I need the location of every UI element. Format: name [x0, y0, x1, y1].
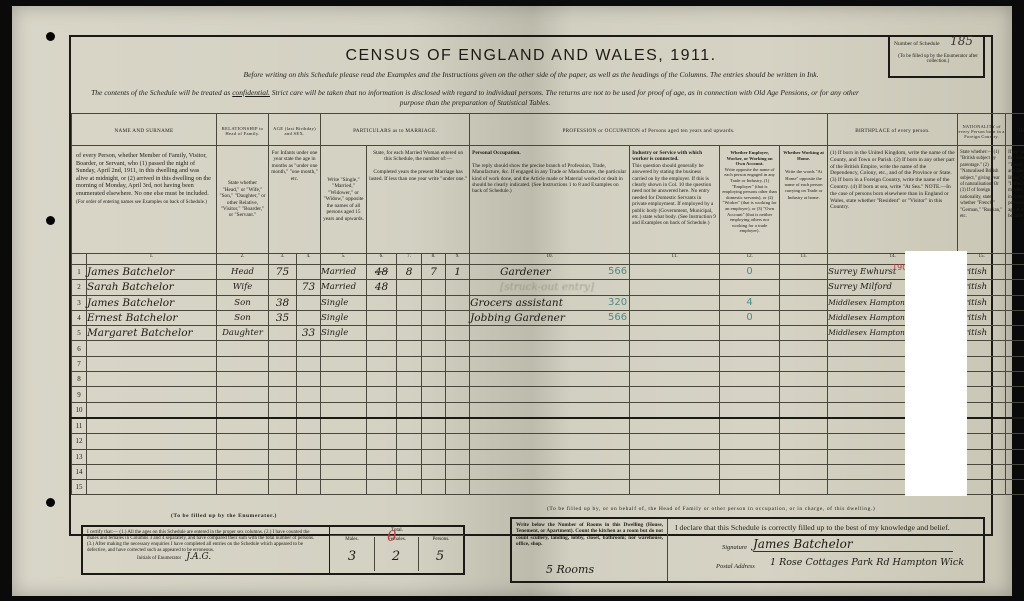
empty-row: 9 [72, 387, 1024, 402]
children-died: 1 [446, 265, 470, 280]
personal-occupation-instructions: Personal Occupation.The reply should sho… [470, 146, 630, 254]
schedule-number-value: 185 [950, 34, 973, 48]
enumerator-caption: (To be filled up by the Enumerator.) [171, 513, 277, 519]
instruction-ink: Before writing on this Schedule please r… [71, 70, 991, 79]
industry [630, 295, 720, 310]
punch-hole-mid [46, 32, 55, 41]
relationship: Son [217, 295, 269, 310]
census-schedule: CENSUS OF ENGLAND AND WALES, 1911. Befor… [69, 35, 993, 536]
age-female: 33 [297, 326, 321, 341]
age-male [269, 280, 297, 295]
header-name: NAME AND SURNAME [72, 114, 217, 146]
col-num-10: 10. [470, 254, 630, 265]
redacted-infirmity-area [905, 251, 967, 496]
relationship: Wife [217, 280, 269, 295]
table-row: 2 Sarah Batchelor Wife 73 Married 48 [st… [72, 280, 1024, 295]
address-label: Postal Address [716, 563, 755, 570]
instruction-confidential: The contents of the Schedule will be tre… [79, 88, 871, 108]
header-infirmity: INFIRMITY. [1006, 114, 1024, 146]
years-married [367, 295, 397, 310]
col-num-2: 2. [217, 254, 269, 265]
declaration-box: I declare that this Schedule is correctl… [665, 517, 985, 583]
header-profession: PROFESSION or OCCUPATION of Persons aged… [470, 114, 828, 146]
header-birthplace: BIRTHPLACE of every person. [828, 114, 958, 146]
infirmity [1006, 326, 1024, 341]
condition-instructions: Write "Single," "Married," "Widower," or… [321, 146, 367, 254]
table-row: 1 James Batchelor Head 75 Married 48 8 7… [72, 265, 1024, 280]
header-relationship: RELATIONSHIP to Head of Family. [217, 114, 269, 146]
person-name: Sarah Batchelor [87, 280, 217, 295]
red-check-mark: 0 [387, 527, 397, 545]
punch-hole-bottom [46, 498, 55, 507]
children-total [397, 280, 422, 295]
industry [630, 265, 720, 280]
age-female: 73 [297, 280, 321, 295]
marital-condition: Single [321, 310, 367, 325]
children-died [446, 326, 470, 341]
empty-row: 13 [72, 449, 1024, 464]
working-at-home [780, 295, 828, 310]
col-num-11: 11. [630, 254, 720, 265]
person-name: Margaret Batchelor [87, 326, 217, 341]
householder-section: (To be filled up by, or on behalf of, th… [507, 503, 987, 581]
children-living [422, 310, 446, 325]
age-male: 38 [269, 295, 297, 310]
rooms-value: 5 Rooms [546, 563, 594, 576]
children-total: 8 [397, 265, 422, 280]
occupation [470, 326, 630, 341]
industry [630, 310, 720, 325]
schedule-number-box: Number of Schedule 185 (To be filled up … [888, 35, 985, 78]
page-title: CENSUS OF ENGLAND AND WALES, 1911. [71, 47, 991, 65]
marital-condition: Single [321, 295, 367, 310]
age-male: 35 [269, 310, 297, 325]
at-home-instructions: Whether Working at Home.Write the words … [780, 146, 828, 254]
age-male: 75 [269, 265, 297, 280]
col-num-8: 8. [422, 254, 446, 265]
married-woman-instructions: State, for each Married Woman entered on… [367, 146, 470, 254]
infirmity [1006, 280, 1024, 295]
relationship: Daughter [217, 326, 269, 341]
industry [630, 326, 720, 341]
children-living: 7 [422, 265, 446, 280]
rooms-box: Write below the Number of Rooms in this … [510, 517, 668, 583]
col-num-6: 6. [367, 254, 397, 265]
children-living [422, 326, 446, 341]
signature-label: Signature [722, 544, 747, 551]
industry-instructions: Industry or Service with which worker is… [630, 146, 720, 254]
age-female [297, 265, 321, 280]
householder-caption: (To be filled up by, or on behalf of, th… [547, 506, 875, 512]
table-row: 3 James Batchelor Son 38 Single Grocers … [72, 295, 1024, 310]
children-total [397, 310, 422, 325]
age-male [269, 326, 297, 341]
employer-instructions: Whether Employer, Worker, or Working on … [720, 146, 780, 254]
employer-code: 4 [720, 295, 780, 310]
employer-code [720, 326, 780, 341]
children-total [397, 295, 422, 310]
declaration-text: I declare that this Schedule is correctl… [675, 523, 950, 532]
enumerator-certificate: I certify that:— (1.) All the ages on th… [81, 525, 465, 575]
schedule-number-label: Number of Schedule [894, 41, 940, 47]
header-marriage: PARTICULARS as to MARRIAGE. [321, 114, 470, 146]
total-males: 3 [330, 549, 374, 564]
col-num-12: 12. [720, 254, 780, 265]
total-females: 2 [374, 549, 418, 564]
table-row: 5 Margaret Batchelor Daughter 33 Single … [72, 326, 1024, 341]
marital-condition: Married [321, 265, 367, 280]
employer-code [720, 280, 780, 295]
address-value: 1 Rose Cottages Park Rd Hampton Wick [770, 557, 964, 568]
empty-row: 12 [72, 434, 1024, 449]
nationality-instructions: State whether:— (1) "British subject by … [958, 146, 1006, 254]
occupation-code: 566 [608, 311, 627, 325]
col-num-4: 4. [297, 254, 321, 265]
header-nationality: NATIONALITY of every Person born in a Fo… [958, 114, 1006, 146]
children-living [422, 280, 446, 295]
table-row: 4 Ernest Batchelor Son 35 Single Jobbing… [72, 310, 1024, 325]
col-num-5: 5. [321, 254, 367, 265]
name-instructions: of every Person, whether Member of Famil… [72, 146, 217, 254]
person-name: James Batchelor [87, 265, 217, 280]
working-at-home [780, 265, 828, 280]
age-instructions: For Infants under one year state the age… [269, 146, 321, 254]
infirmity [1006, 265, 1024, 280]
years-married [367, 310, 397, 325]
industry [630, 280, 720, 295]
relationship: Son [217, 310, 269, 325]
infirmity [1006, 295, 1024, 310]
marital-condition: Single [321, 326, 367, 341]
census-paper: CENSUS OF ENGLAND AND WALES, 1911. Befor… [12, 6, 1012, 596]
empty-row: 10 [72, 402, 1024, 418]
relationship: Head [217, 265, 269, 280]
signature-value: James Batchelor [753, 537, 953, 552]
infirmity [1006, 310, 1024, 325]
children-died [446, 295, 470, 310]
children-living [422, 295, 446, 310]
schedule-number-note: (To be filled up by the Enumerator after… [894, 54, 982, 64]
col-num-3: 3. [269, 254, 297, 265]
census-table: NAME AND SURNAME RELATIONSHIP to Head of… [71, 113, 1024, 495]
person-name: Ernest Batchelor [87, 310, 217, 325]
years-married [367, 326, 397, 341]
age-female [297, 310, 321, 325]
occupation-code: 566 [608, 265, 627, 279]
total-persons: 5 [418, 549, 462, 564]
empty-row: 14 [72, 464, 1024, 479]
years-married: 48 [367, 280, 397, 295]
birthplace-instructions: (1) If born in the United Kingdom, write… [828, 146, 958, 254]
working-at-home [780, 326, 828, 341]
working-at-home [780, 280, 828, 295]
age-female [297, 295, 321, 310]
empty-row: 6 [72, 341, 1024, 356]
occupation: Grocers assistant320 [470, 295, 630, 310]
empty-row: 7 [72, 356, 1024, 371]
occupation: [struck-out entry] [470, 280, 630, 295]
relationship-instructions: State whether "Head," or "Wife," "Son," … [217, 146, 269, 254]
infirmity-instructions: If any person included in this Schedule … [1006, 146, 1024, 254]
header-age: AGE (last Birthday) and SEX. [269, 114, 321, 146]
empty-row: 11 [72, 418, 1024, 434]
col-num-13: 13. [780, 254, 828, 265]
occupation-code: 320 [608, 296, 627, 310]
person-name: James Batchelor [87, 295, 217, 310]
children-total [397, 326, 422, 341]
marital-condition: Married [321, 280, 367, 295]
years-married: 48 [367, 265, 397, 280]
empty-row: 8 [72, 372, 1024, 387]
empty-row: 15 [72, 480, 1024, 495]
rooms-instruction: Write below the Number of Rooms in this … [512, 519, 667, 550]
col-num-16: 16. [1006, 254, 1024, 265]
punch-hole-top [46, 216, 55, 225]
col-num-9: 9. [446, 254, 470, 265]
occupation: Gardener566 [470, 265, 630, 280]
enumerator-initials: J.A.G. [186, 552, 211, 562]
employer-code: 0 [720, 310, 780, 325]
enumerator-section: (To be filled up by the Enumerator.) I c… [71, 511, 511, 561]
children-died [446, 280, 470, 295]
occupation: Jobbing Gardener566 [470, 310, 630, 325]
col-num-7: 7. [397, 254, 422, 265]
certify-text: I certify that:— (1.) All the ages on th… [87, 530, 317, 562]
children-died [446, 310, 470, 325]
col-num-1: 1. [87, 254, 217, 265]
working-at-home [780, 310, 828, 325]
employer-code: 0 [720, 265, 780, 280]
